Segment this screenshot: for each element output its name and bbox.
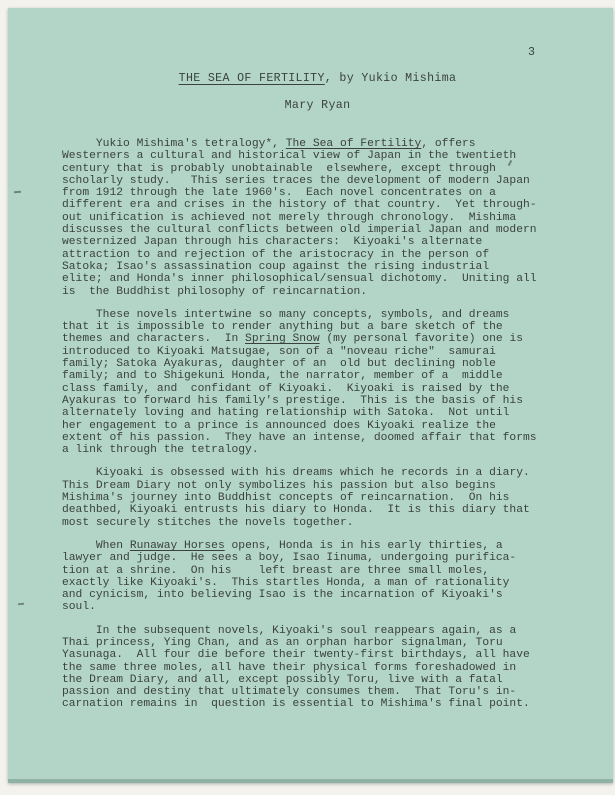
paragraph-text: , offers Westerners a cultural and histo… (62, 138, 537, 298)
paragraph-text: Kiyoaki is obsessed with his dreams whic… (62, 467, 530, 528)
paragraph: Yukio Mishima's tetralogy*, The Sea of F… (62, 138, 574, 298)
author-name: Mary Ryan (22, 99, 613, 112)
paragraph-text: In the subsequent novels, Kiyoaki's soul… (62, 625, 530, 711)
paragraph: Kiyoaki is obsessed with his dreams whic… (62, 467, 574, 528)
margin-mark (14, 191, 21, 193)
paragraph: In the subsequent novels, Kiyoaki's soul… (62, 625, 574, 711)
underlined-book-title: The Sea of Fertility (286, 138, 422, 150)
paragraph-text: (my personal favorite) one is introduced… (62, 333, 537, 456)
underlined-book-title: Runaway Horses (130, 540, 225, 552)
paragraph-text: Yukio Mishima's tetralogy*, (62, 138, 286, 150)
title-byline: , by Yukio Mishima (325, 72, 457, 85)
paragraph: When Runaway Horses opens, Honda is in h… (62, 540, 574, 614)
document-body: Yukio Mishima's tetralogy*, The Sea of F… (62, 138, 574, 722)
title-book-name: THE SEA OF FERTILITY (179, 72, 325, 85)
document-page: 3 THE SEA OF FERTILITY, by Yukio Mishima… (8, 8, 613, 783)
page-number: 3 (528, 46, 535, 59)
paragraph: These novels intertwine so many concepts… (62, 309, 574, 457)
margin-mark (18, 603, 24, 606)
paragraph-text: When (62, 540, 130, 552)
underlined-book-title: Spring Snow (245, 333, 320, 345)
document-title: THE SEA OF FERTILITY, by Yukio Mishima (22, 72, 613, 85)
